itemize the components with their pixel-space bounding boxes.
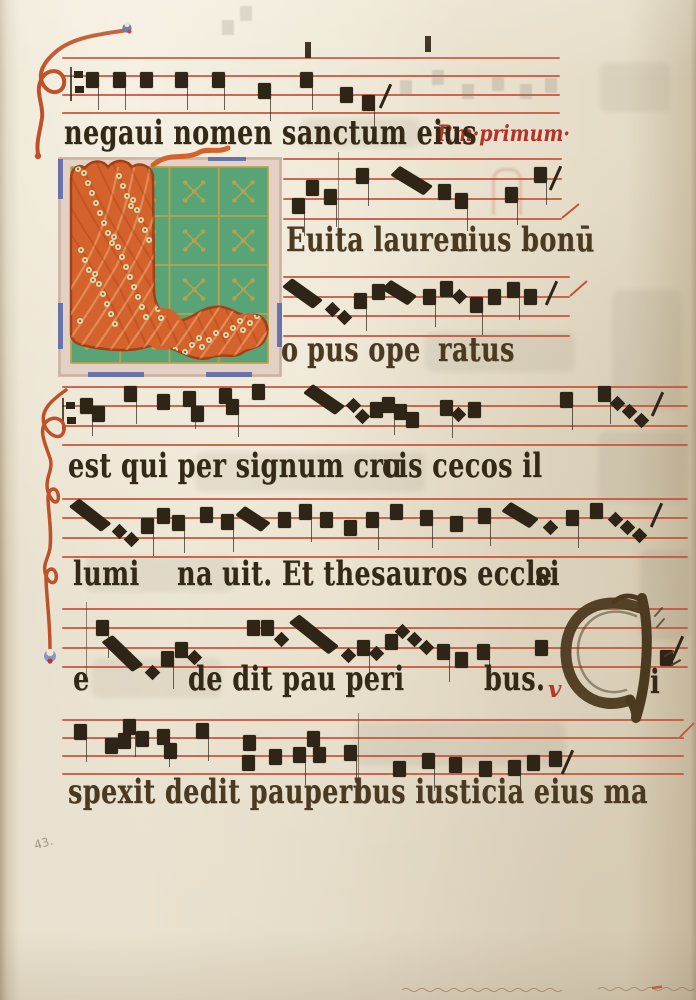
manuscript-page: Rm·primum· v i 43. negaui nomen sanctum … bbox=[0, 0, 696, 1000]
cadel-D-tick bbox=[655, 608, 662, 616]
chant-text-line-5: lumi bbox=[73, 558, 140, 592]
chant-text-line-3: o bbox=[281, 334, 298, 368]
cadel-initial-D bbox=[556, 594, 664, 724]
cadel-D-join bbox=[630, 700, 636, 718]
chant-text-line-7: spexit dedit pauperi bbox=[68, 776, 363, 810]
chant-text-line-7: bus iusticia eius ma bbox=[354, 776, 648, 810]
chant-text-line-6: de dit pau peri bbox=[188, 663, 404, 697]
chant-text-line-2: cius bonū bbox=[452, 224, 595, 258]
chant-text-line-5: na bbox=[177, 558, 213, 592]
cadel-D-bowl-hairline bbox=[578, 612, 636, 692]
chant-text-line-2: Euita lauren bbox=[286, 224, 469, 258]
chant-text-line-5: uit. Et thesauros eccle bbox=[222, 558, 552, 592]
inscription-red-dash bbox=[652, 985, 662, 989]
cadel-D-tick bbox=[657, 619, 664, 627]
illuminated-initial-L bbox=[58, 157, 282, 377]
chant-text-line-1: negaui nomen sanctum eius bbox=[64, 117, 477, 151]
chant-text-line-4: cis cecos il bbox=[382, 450, 542, 484]
chant-text-line-6: bus. bbox=[484, 663, 545, 697]
chant-text-line-3: ratus bbox=[438, 334, 515, 368]
chant-text-line-4: est qui per signum cru bbox=[68, 450, 402, 484]
chant-text-line-3: pus ope bbox=[307, 334, 421, 368]
chant-text-line-5: si bbox=[535, 558, 560, 592]
chant-text-line-6: e bbox=[73, 663, 90, 697]
cadel-D-stem bbox=[636, 598, 647, 718]
